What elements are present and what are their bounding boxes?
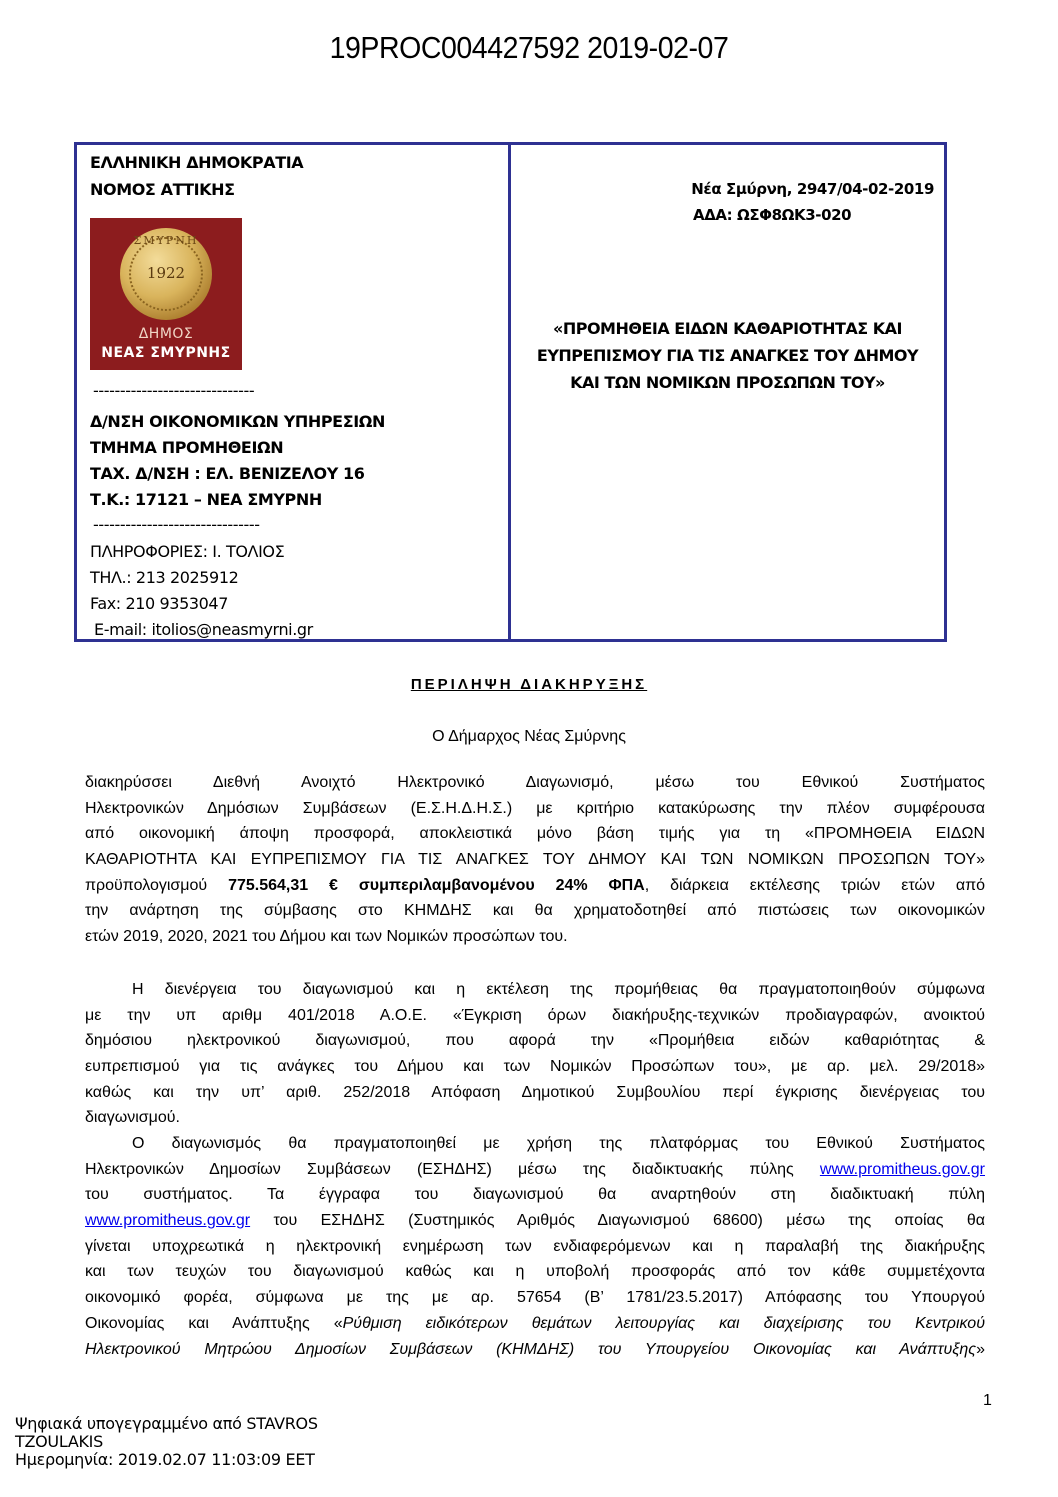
directorate-label: Δ/ΝΣΗ ΟΙΚΟΝΟΜΙΚΩΝ ΥΠΗΡΕΣΙΩΝ	[90, 412, 385, 431]
fax-number: Fax: 210 9353047	[90, 594, 228, 613]
page-number: 1	[983, 1392, 992, 1410]
ada-code: ΑΔΑ: ΩΣΦ8ΩΚ3-020	[693, 206, 851, 224]
subject-title: «ΠΡΟΜΗΘΕΙΑ ΕΙΔΩΝ ΚΑΘΑΡΙΟΤΗΤΑΣ ΚΑΙ ΕΥΠΡΕΠ…	[511, 315, 944, 396]
country-label: ΕΛΛΗΝΙΚΗ ΔΗΜΟΚΡΑΤΙΑ	[90, 153, 303, 172]
postal-code-label: Τ.Κ.: 17121 – ΝΕΑ ΣΜΥΡΝΗ	[90, 490, 322, 509]
digital-signature: Ψηφιακά υπογεγραμμένο από STAVROS TZOULA…	[15, 1415, 318, 1469]
promitheus-link[interactable]: www.promitheus.gov.gr	[85, 1212, 250, 1229]
prefecture-label: ΝΟΜΟΣ ΑΤΤΙΚΗΣ	[90, 180, 235, 199]
logo-line1: ΔΗΜΟΣ	[90, 326, 242, 342]
letterhead-right-cell: Νέα Σμύρνη, 2947/04-02-2019 ΑΔΑ: ΩΣΦ8ΩΚ3…	[508, 142, 947, 642]
coin-emblem-icon: ΣΜΥΡΝΗ 1922	[120, 228, 212, 320]
municipality-logo: ΣΜΥΡΝΗ 1922 ΔΗΜΟΣ ΝΕΑΣ ΣΜΥΡΝΗΣ	[90, 218, 242, 370]
separator: -------------------------------	[93, 515, 260, 534]
logo-line2: ΝΕΑΣ ΣΜΥΡΝΗΣ	[90, 345, 242, 361]
phone-number: ΤΗΛ.: 213 2025912	[90, 568, 238, 587]
paragraph-announcement: διακηρύσσει Διεθνή Ανοιχτό Ηλεκτρονικό Δ…	[85, 770, 985, 950]
info-contact: ΠΛΗΡΟΦΟΡΙΕΣ: Ι. ΤΟΛΙΟΣ	[90, 542, 284, 561]
letterhead-box: ΕΛΛΗΝΙΚΗ ΔΗΜΟΚΡΑΤΙΑ ΝΟΜΟΣ ΑΤΤΙΚΗΣ ΣΜΥΡΝΗ…	[74, 142, 947, 642]
letterhead-left-cell: ΕΛΛΗΝΙΚΗ ΔΗΜΟΚΡΑΤΙΑ ΝΟΜΟΣ ΑΤΤΙΚΗΣ ΣΜΥΡΝΗ…	[74, 142, 511, 642]
document-id: 19PROC004427592 2019-02-07	[42, 30, 1015, 66]
mayor-line: Ο Δήμαρχος Νέας Σμύρνης	[0, 728, 1058, 746]
paragraph-platform: Ο διαγωνισμός θα πραγματοποιηθεί με χρήσ…	[85, 1131, 985, 1362]
paragraph-procedure: Η διενέργεια του διαγωνισμού και η εκτέλ…	[85, 977, 985, 1131]
address-label: ΤΑΧ. Δ/ΝΣΗ : ΕΛ. ΒΕΝΙΖΕΛΟΥ 16	[90, 464, 365, 483]
summary-heading: ΠΕΡΙΛΗΨΗ ΔΙΑΚΗΡΥΞΗΣ	[0, 676, 1058, 693]
place-date-protocol: Νέα Σμύρνη, 2947/04-02-2019	[691, 180, 934, 198]
department-label: ΤΜΗΜΑ ΠΡΟΜΗΘΕΙΩΝ	[90, 438, 283, 457]
email-address: E-mail: itolios@neasmyrni.gr	[94, 620, 313, 639]
promitheus-link[interactable]: www.promitheus.gov.gr	[820, 1161, 985, 1178]
separator: ------------------------------	[93, 381, 254, 400]
budget-amount: 775.564,31 € συμπεριλαμβανομένου 24% ΦΠΑ	[228, 877, 645, 894]
